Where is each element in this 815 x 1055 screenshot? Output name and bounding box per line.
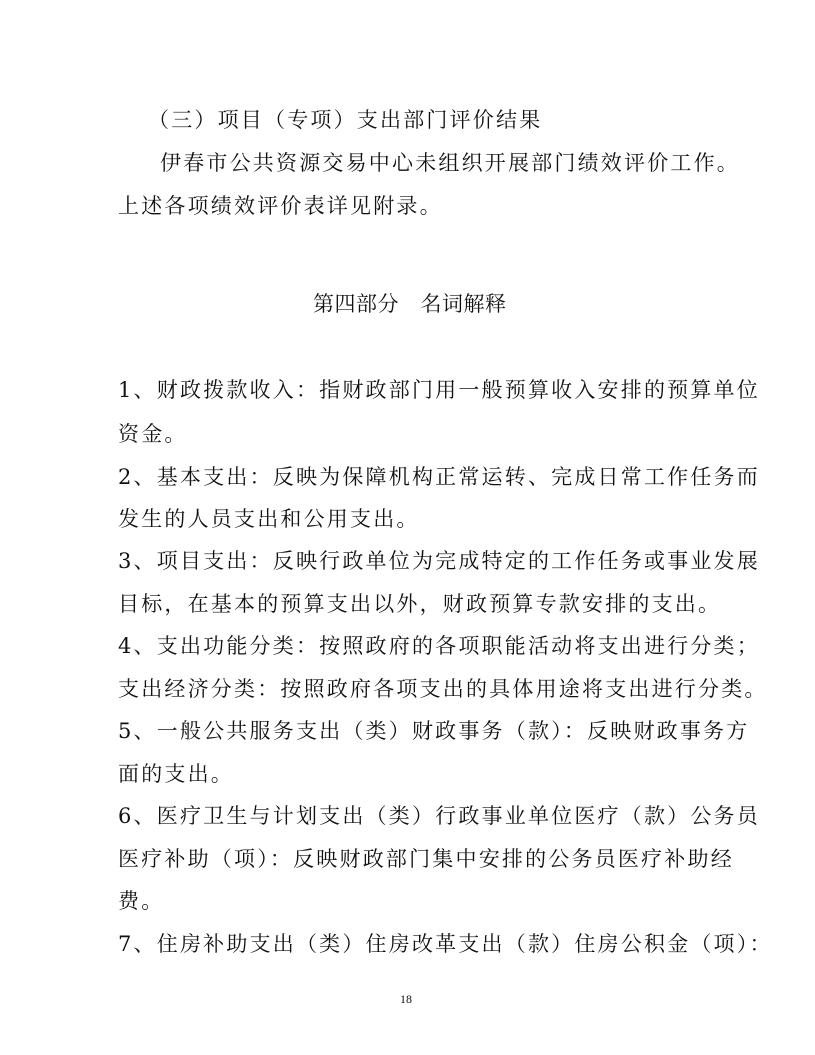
paragraph-line: 上述各项绩效评价表详见附录。 bbox=[118, 192, 443, 220]
definition-line: 5、一般公共服务支出（类）财政事务（款）：反映财政事务方 bbox=[118, 717, 749, 745]
document-page: （三）项目（专项）支出部门评价结果 伊春市公共资源交易中心未组织开展部门绩效评价… bbox=[0, 0, 815, 1055]
definition-line: 医疗补助（项）：反映财政部门集中安排的公务员医疗补助经 bbox=[118, 845, 734, 873]
definition-line: 4、支出功能分类：按照政府的各项职能活动将支出进行分类； bbox=[118, 632, 760, 660]
part-title: 第四部分 名词解释 bbox=[313, 290, 507, 318]
definition-line: 发生的人员支出和公用支出。 bbox=[118, 505, 420, 533]
definition-line: 资金。 bbox=[118, 420, 188, 448]
definition-line: 6、医疗卫生与计划支出（类）行政事业单位医疗（款）公务员 bbox=[118, 802, 760, 830]
section-heading: （三）项目（专项）支出部门评价结果 bbox=[148, 106, 542, 134]
definition-line: 目标，在基本的预算支出以外，财政预算专款安排的支出。 bbox=[118, 590, 721, 618]
paragraph-line: 伊春市公共资源交易中心未组织开展部门绩效评价工作。 bbox=[160, 149, 740, 177]
definition-line: 3、项目支出：反映行政单位为完成特定的工作任务或事业发展 bbox=[118, 547, 760, 575]
definition-line: 2、基本支出：反映为保障机构正常运转、完成日常工作任务而 bbox=[118, 463, 760, 491]
page-number: 18 bbox=[400, 992, 412, 1007]
definition-line: 7、住房补助支出（类）住房改革支出（款）住房公积金（项）： bbox=[118, 930, 773, 958]
definition-line: 支出经济分类：按照政府各项支出的具体用途将支出进行分类。 bbox=[118, 675, 768, 703]
definition-line: 面的支出。 bbox=[118, 760, 234, 788]
definition-line: 1、财政拨款收入：指财政部门用一般预算收入安排的预算单位 bbox=[118, 376, 760, 404]
definition-line: 费。 bbox=[118, 887, 164, 915]
